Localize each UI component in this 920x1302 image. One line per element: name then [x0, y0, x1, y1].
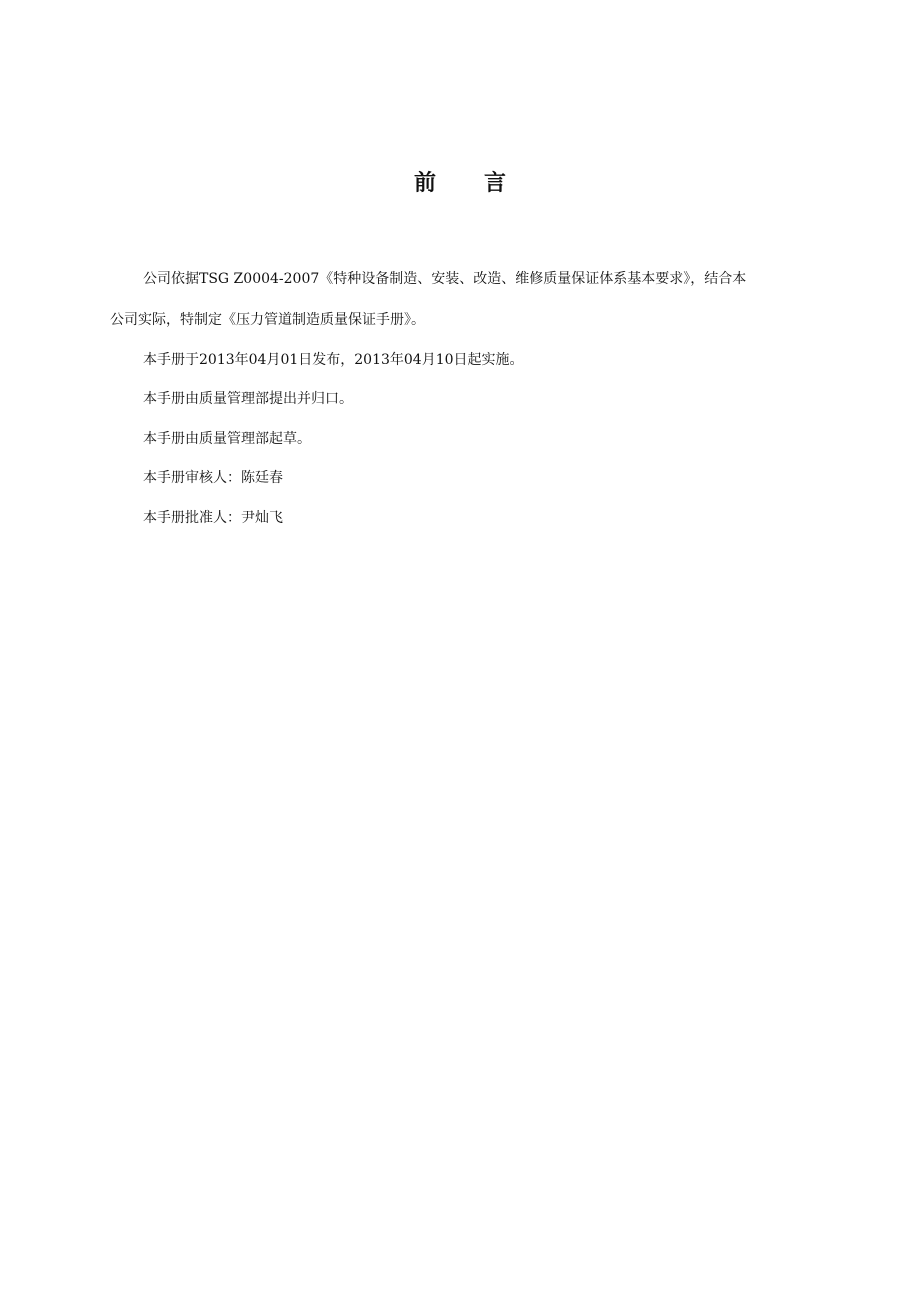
title-char-1: 前 [414, 168, 436, 200]
proposer-paragraph: 本手册由质量管理部提出并归口。 [110, 389, 868, 409]
drafter-paragraph: 本手册由质量管理部起草。 [110, 429, 868, 449]
title-char-2: 言 [484, 168, 506, 200]
document-page: 前言 公司依据TSG Z0004-2007《特种设备制造、安装、改造、维修质量保… [0, 0, 920, 1302]
reviewer-paragraph: 本手册审核人：陈廷春 [110, 468, 868, 488]
intro-paragraph-line-1: 公司依据TSG Z0004-2007《特种设备制造、安装、改造、维修质量保证体系… [110, 269, 868, 289]
intro-paragraph-line-2: 公司实际，特制定《压力管道制造质量保证手册》。 [110, 310, 835, 330]
release-date-paragraph: 本手册于2013年04月01日发布，2013年04月10日起实施。 [110, 350, 868, 370]
page-title: 前言 [0, 168, 920, 200]
approver-paragraph: 本手册批准人：尹灿飞 [110, 508, 868, 528]
